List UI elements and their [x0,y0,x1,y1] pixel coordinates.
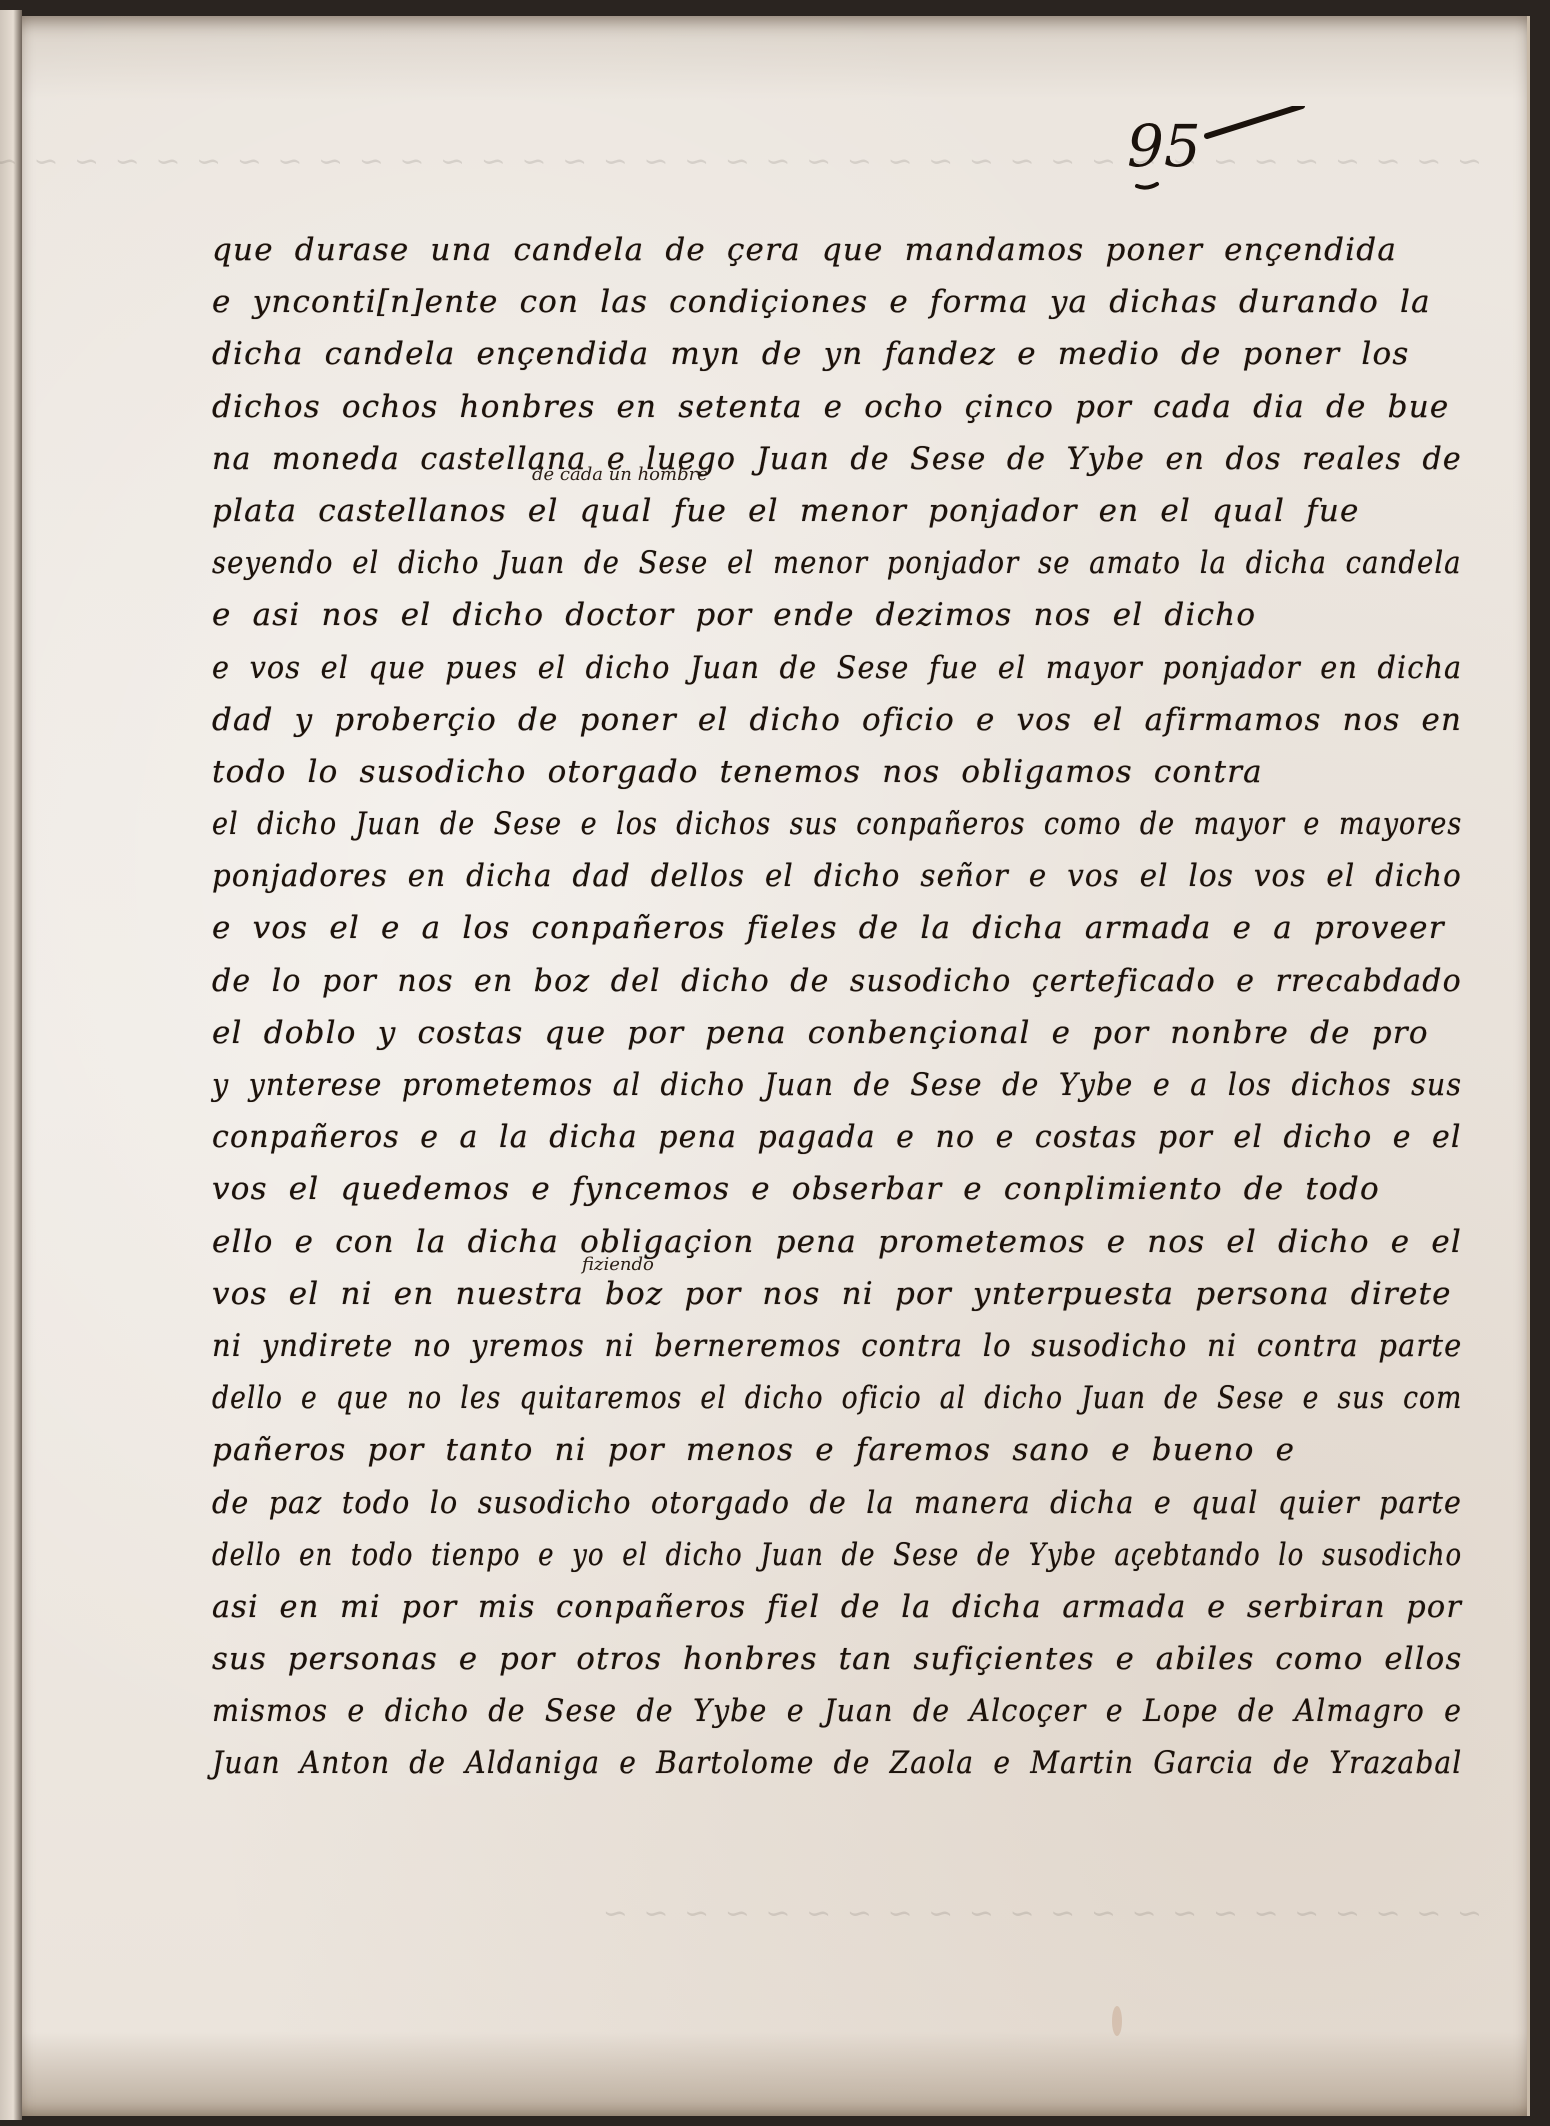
text-line: de paz todo lo susodicho otorgado de la … [212,1477,1363,1529]
text-line: dello en todo tienpo e yo el dicho Juan … [212,1529,1261,1581]
folio-number: 95 [1127,112,1201,180]
text-line: ponjadores en dicha dad dellos el dicho … [212,850,1393,902]
text-line: ni yndirete no yremos ni berneremos cont… [212,1320,1380,1372]
text-line: todo lo susodicho otorgado tenemos nos o… [212,746,1462,798]
text-line: Juan Anton de Aldaniga e Bartolome de Za… [212,1737,1348,1789]
show-through-text: ~ ~ ~ ~ ~ ~ ~ ~ ~ ~ ~ ~ ~ ~ ~ ~ ~ ~ ~ ~ … [162,1896,1482,1931]
text-line: e vos el e a los conpañeros fieles de la… [212,902,1462,954]
text-line: el doblo y costas que por pena conbençio… [212,1007,1462,1059]
text-line: e vos el que pues el dicho Juan de Sese … [212,642,1369,694]
text-line: mismos e dicho de Sese de Yybe e Juan de… [212,1685,1360,1737]
text-line: seyendo el dicho Juan de Sese el menor p… [212,537,1321,589]
text-line: vos el quedemos e fyncemos e obserbar e … [212,1163,1462,1215]
text-line: el dicho Juan de Sese e los dichos sus c… [212,798,1302,850]
paper-stain [1112,2006,1122,2036]
text-line: que durase una candela de çera que manda… [212,224,1462,276]
text-line: e ynconti[n]ente con las condiçiones e f… [212,276,1462,328]
text-line: dichos ochos honbres en setenta e ocho ç… [212,381,1462,433]
text-line: vos el ni en nuestra boz por nos ni por … [212,1268,1462,1320]
text-line: dello e que no les quitaremos el dicho o… [212,1372,1285,1424]
manuscript-page: ~ ~ ~ ~ ~ ~ ~ ~ ~ ~ ~ ~ ~ ~ ~ ~ ~ ~ ~ ~ … [22,16,1530,2116]
text-line: y ynterese prometemos al dicho Juan de S… [212,1059,1363,1111]
text-line: conpañeros e a la dicha pena pagada e no… [212,1111,1422,1163]
text-line: dicha candela ençendida myn de yn fandez… [212,328,1462,380]
text-line: ello e con la dicha obligaçion pena prom… [212,1216,1461,1268]
facing-page-edge [0,10,22,2120]
text-line: de lo por nos en boz del dicho de susodi… [212,955,1421,1007]
text-line: e asi nos el dicho doctor por ende dezim… [212,589,1462,641]
text-line: na moneda castellana e luego Juan de Ses… [212,433,1424,485]
text-line: sus personas e por otros honbres tan suf… [212,1633,1451,1685]
manuscript-scan: ~ ~ ~ ~ ~ ~ ~ ~ ~ ~ ~ ~ ~ ~ ~ ~ ~ ~ ~ ~ … [0,0,1550,2126]
text-line: asi en mi por mis conpañeros fiel de la … [212,1581,1437,1633]
text-line: pañeros por tanto ni por menos e faremos… [212,1424,1462,1476]
text-line: dad y proberçio de poner el dicho oficio… [212,694,1459,746]
text-line: plata castellanos el qual fue el menor p… [212,485,1462,537]
manuscript-text-block: que durase una candela de çera que manda… [212,224,1462,1790]
